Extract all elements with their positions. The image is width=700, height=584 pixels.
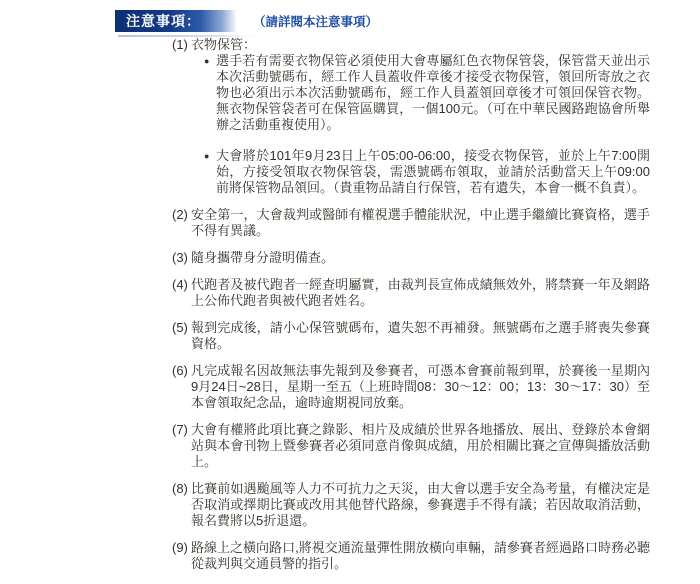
list-item: ● 大會將於101年9月23日上午05:00-06:00，接受衣物保管，並於上午… [204, 148, 650, 196]
item-text: 大會有權將此項比賽之錄影、相片及成績於世界各地播放、展出、登錄於本會網站與本會刊… [191, 422, 650, 470]
item-text: 比賽前如遇颱風等人力不可抗力之天災，由大會以選手安全為考量，有權決定是否取消或擇… [191, 481, 650, 529]
notice-item-6: (6) 凡完成報名因故無法事先報到及參賽者，可憑本會賽前報到單，於賽後一星期內9… [172, 363, 650, 411]
item-text: 隨身攜帶身分證明備查。 [191, 250, 650, 266]
item-number: (8) [172, 481, 191, 529]
notice-item-7: (7) 大會有權將此項比賽之錄影、相片及成績於世界各地播放、展出、登錄於本會網站… [172, 422, 650, 470]
notice-item-9: (9) 路線上之橫向路口,將視交通流量彈性開放橫向車輛，請參賽者經過路口時務必聽… [172, 540, 650, 572]
item-text: 代跑者及被代跑者一經查明屬實，由裁判長宣佈成績無效外，將禁賽一年及網路上公佈代跑… [191, 277, 650, 309]
item-number: (6) [172, 363, 191, 411]
item-text: 凡完成報名因故無法事先報到及參賽者，可憑本會賽前報到單，於賽後一星期內9月24日… [191, 363, 650, 411]
notice-title-badge: 注意事項： [115, 10, 237, 32]
notice-item-4: (4) 代跑者及被代跑者一經查明屬實，由裁判長宣佈成績無效外，將禁賽一年及網路上… [172, 277, 650, 309]
item-number: (9) [172, 540, 191, 572]
bullet-icon: ● [204, 53, 216, 133]
item-number: (4) [172, 277, 191, 309]
item-text: 報到完成後，請小心保管號碼布，遺失恕不再補發。無號碼布之選手將喪失參賽資格。 [191, 320, 650, 352]
notice-subtitle: （請詳閱本注意事項） [253, 12, 378, 30]
list-item: ● 選手若有需要衣物保管必須使用大會專屬紅色衣物保管袋，保管當天並出示本次活動號… [204, 53, 650, 133]
item-body: 衣物保管： ● 選手若有需要衣物保管必須使用大會專屬紅色衣物保管袋，保管當天並出… [191, 37, 650, 196]
item-number: (1) [172, 37, 191, 196]
notice-page: 注意事項： （請詳閱本注意事項） (1) 衣物保管： ● 選手若有需要衣物保管必… [0, 0, 700, 584]
notice-item-1: (1) 衣物保管： ● 選手若有需要衣物保管必須使用大會專屬紅色衣物保管袋，保管… [172, 37, 650, 196]
page-header: 注意事項： （請詳閱本注意事項） [115, 10, 378, 32]
item-text: 安全第一，大會裁判或醫師有權視選手體能狀況，中止選手繼續比賽資格，選手不得有異議… [191, 207, 650, 239]
notice-item-2: (2) 安全第一，大會裁判或醫師有權視選手體能狀況，中止選手繼續比賽資格，選手不… [172, 207, 650, 239]
bullet-text: 選手若有需要衣物保管必須使用大會專屬紅色衣物保管袋，保管當天並出示本次活動號碼布… [216, 53, 650, 133]
item-text: 路線上之橫向路口,將視交通流量彈性開放橫向車輛，請參賽者經過路口時務必聽從裁判與… [191, 540, 650, 572]
item-number: (5) [172, 320, 191, 352]
item-number: (3) [172, 250, 191, 266]
item-1-title: 衣物保管： [191, 37, 650, 53]
notice-item-3: (3) 隨身攜帶身分證明備查。 [172, 250, 650, 266]
bullet-icon: ● [204, 148, 216, 196]
bullet-text: 大會將於101年9月23日上午05:00-06:00，接受衣物保管，並於上午7:… [216, 148, 650, 196]
notice-item-8: (8) 比賽前如遇颱風等人力不可抗力之天災，由大會以選手安全為考量，有權決定是否… [172, 481, 650, 529]
notice-list: (1) 衣物保管： ● 選手若有需要衣物保管必須使用大會專屬紅色衣物保管袋，保管… [172, 37, 650, 583]
item-number: (7) [172, 422, 191, 470]
item-number: (2) [172, 207, 191, 239]
item-1-bullets: ● 選手若有需要衣物保管必須使用大會專屬紅色衣物保管袋，保管當天並出示本次活動號… [204, 53, 650, 196]
notice-item-5: (5) 報到完成後，請小心保管號碼布，遺失恕不再補發。無號碼布之選手將喪失參賽資… [172, 320, 650, 352]
